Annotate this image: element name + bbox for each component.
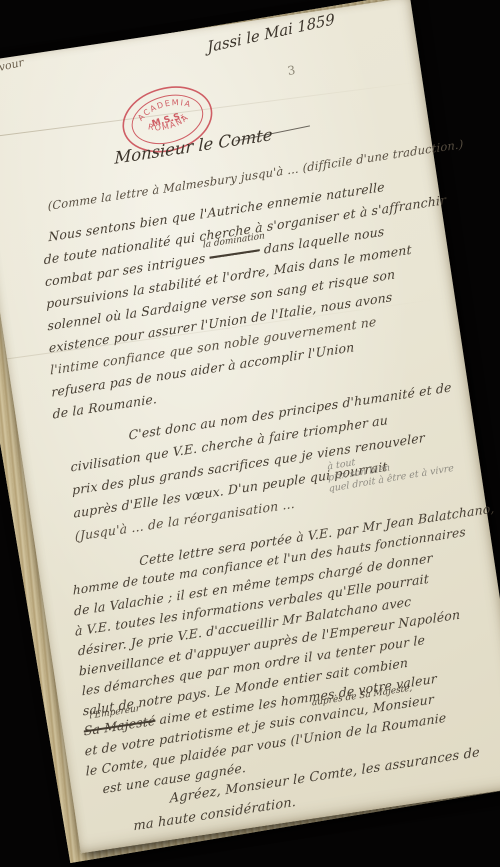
- date-line: Jassi le Mai 1859: [207, 10, 336, 56]
- letter-sheet: Cavour Jassi le Mai 1859 3 ACADEMIA ROMÂ…: [0, 0, 500, 853]
- photograph-of-letter: Cavour Jassi le Mai 1859 3 ACADEMIA ROMÂ…: [0, 0, 500, 867]
- archivist-note: Cavour: [0, 56, 25, 77]
- page-number: 3: [287, 63, 297, 78]
